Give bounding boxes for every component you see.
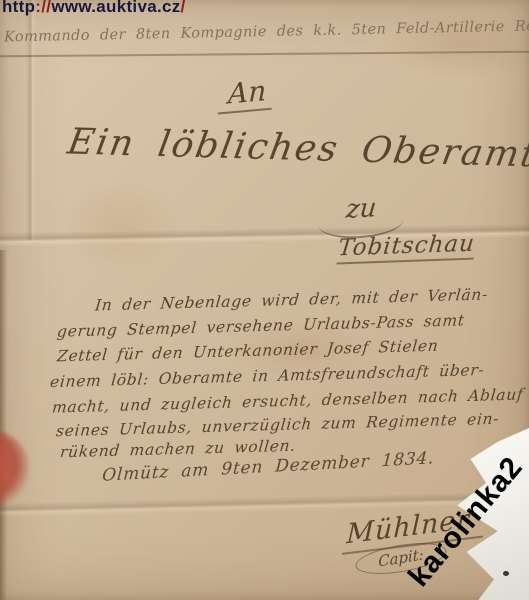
debris-speck (503, 571, 509, 576)
url-slash-segment: :// (35, 0, 51, 16)
place-name: Tobitschau (337, 231, 477, 265)
wax-seal-remnant (0, 430, 30, 508)
paper-left-edge-shadow (0, 250, 7, 600)
url-segment: www.auktiva.cz (51, 0, 180, 16)
addressee-line: Ein löbliches Oberamt (65, 122, 529, 176)
url-slash-segment: / (181, 0, 186, 16)
body-line: In der Nebenlage wird der, mit der Verlä… (94, 285, 489, 314)
scanned-letter-page: Kommando der 8ten Kompagnie des k.k. 5te… (0, 0, 529, 600)
salutation-an: An (218, 74, 273, 115)
paper-stain (60, 180, 180, 270)
url-segment: http (2, 0, 35, 16)
auktiva-url-watermark: http://www.auktiva.cz/ (2, 0, 186, 17)
